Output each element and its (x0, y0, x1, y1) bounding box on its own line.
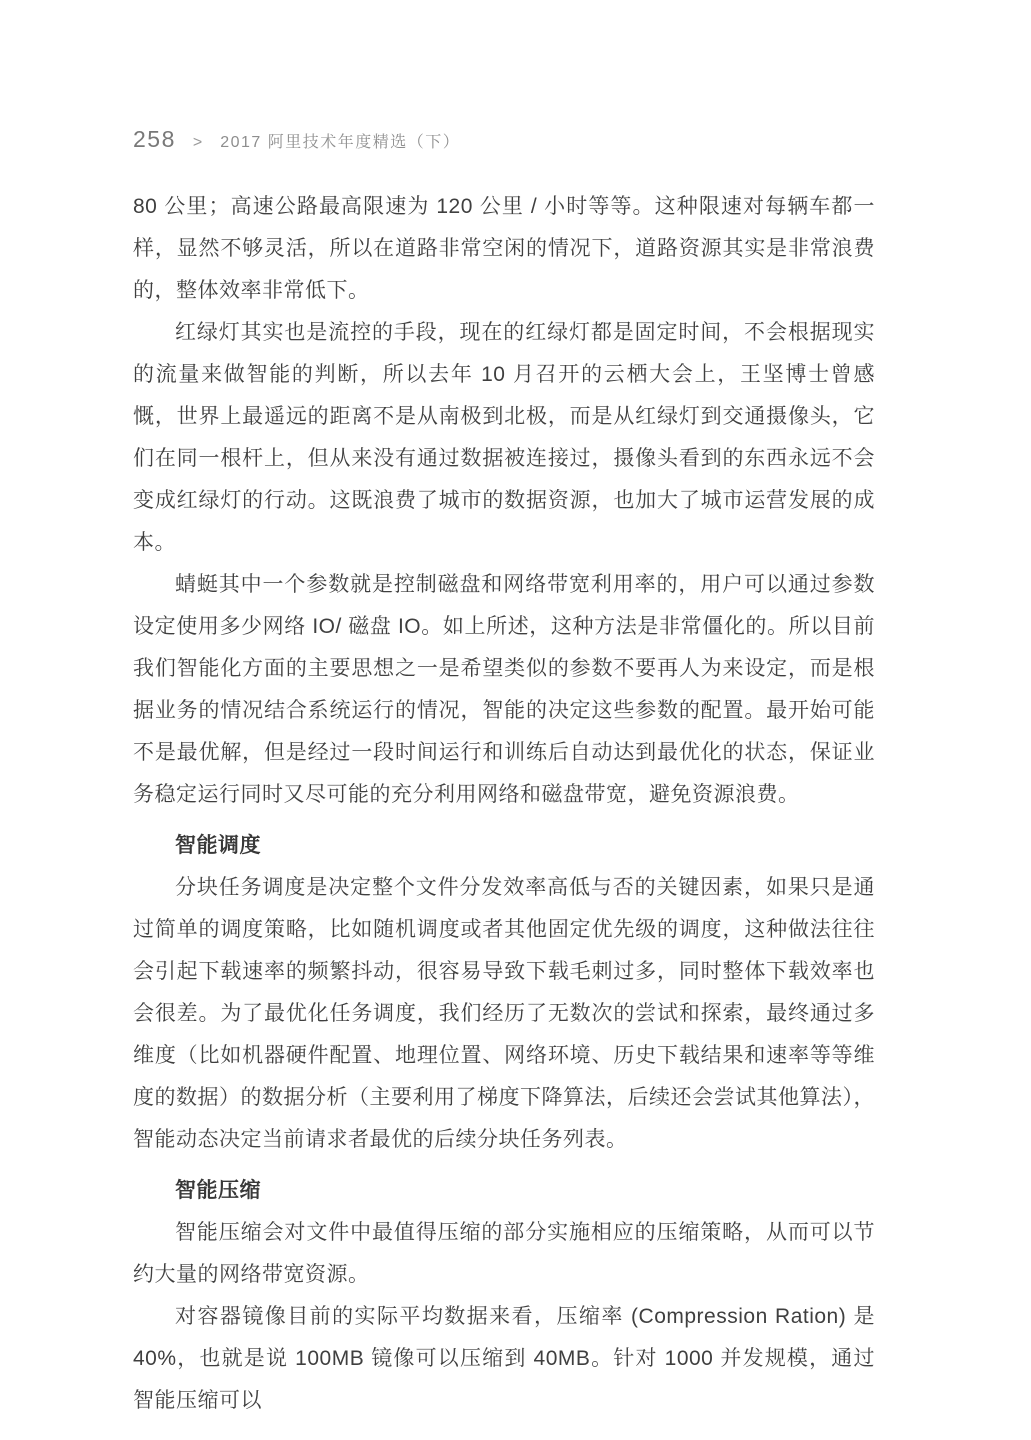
paragraph-traffic-light: 红绿灯其实也是流控的手段，现在的红绿灯都是固定时间，不会根据现实的流量来做智能的… (133, 312, 875, 564)
section-heading-intelligent-compression: 智能压缩 (133, 1170, 875, 1212)
book-page: 258 > 2017 阿里技术年度精选（下） 80 公里；高速公路最高限速为 1… (0, 0, 875, 1422)
paragraph-compression-intro: 智能压缩会对文件中最值得压缩的部分实施相应的压缩策略，从而可以节约大量的网络带宽… (133, 1212, 875, 1296)
page-number: 258 (133, 126, 176, 153)
section-heading-intelligent-scheduling: 智能调度 (133, 825, 875, 867)
paragraph-compression-ratio: 对容器镜像目前的实际平均数据来看，压缩率 (Compression Ration… (133, 1296, 875, 1422)
page-header: 258 > 2017 阿里技术年度精选（下） (133, 126, 875, 153)
book-title: 2017 阿里技术年度精选（下） (220, 129, 460, 152)
paragraph-speed-limit: 80 公里；高速公路最高限速为 120 公里 / 小时等等。这种限速对每辆车都一… (133, 186, 875, 312)
page-body: 80 公里；高速公路最高限速为 120 公里 / 小时等等。这种限速对每辆车都一… (133, 186, 875, 1422)
paragraph-dragonfly-params: 蜻蜓其中一个参数就是控制磁盘和网络带宽利用率的，用户可以通过参数设定使用多少网络… (133, 564, 875, 816)
header-separator-icon: > (193, 134, 202, 152)
paragraph-block-task-scheduling: 分块任务调度是决定整个文件分发效率高低与否的关键因素，如果只是通过简单的调度策略… (133, 867, 875, 1161)
